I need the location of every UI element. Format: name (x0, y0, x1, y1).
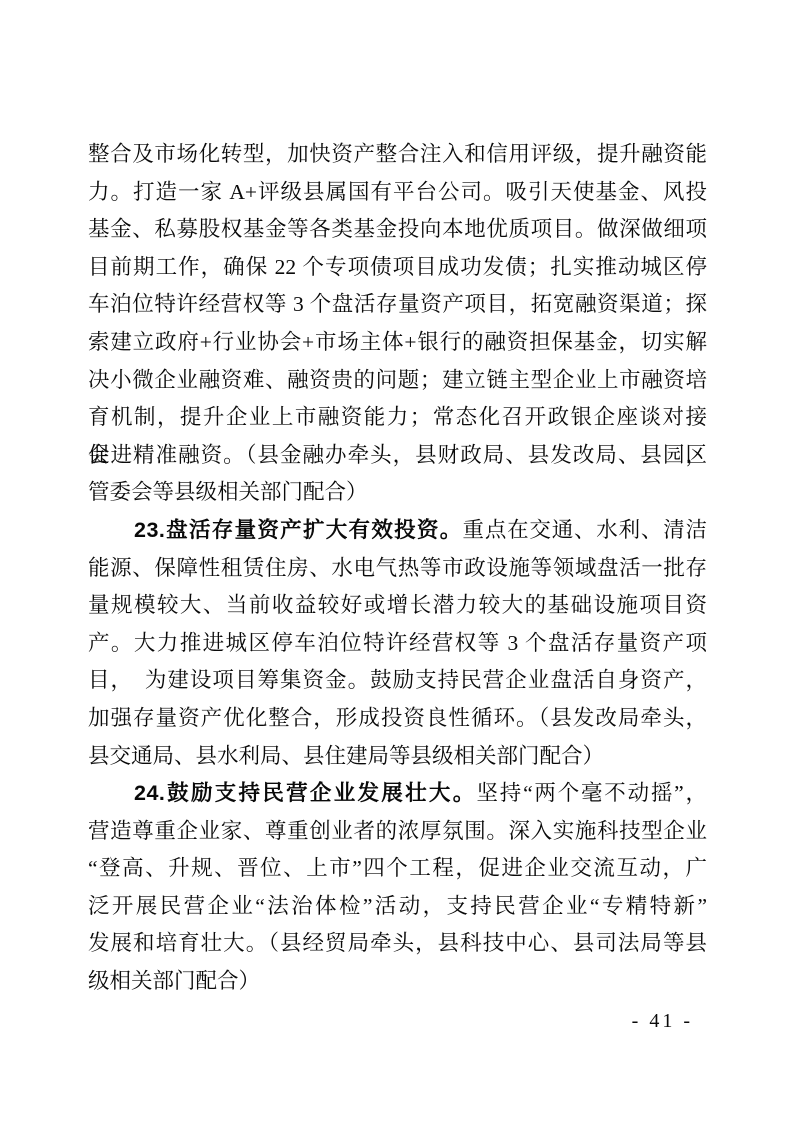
line-text: 营造尊重企业家、尊重创业者的浓厚氛围。深入实施科技型企业 (88, 819, 707, 843)
line-text: 县交通局、县水利局、县住建局等县级相关部门配合） (88, 744, 604, 768)
line-text: 促进精准融资。（县金融办牵头，县财政局、县发改局、县园区 (88, 443, 707, 467)
text-line: 决小微企业融资难、融资贵的问题；建立链主型企业上市融资培 (88, 362, 707, 400)
line-text: “登高、升规、晋位、上市”四个工程，促进企业交流互动，广 (88, 856, 707, 880)
text-line: “登高、升规、晋位、上市”四个工程，促进企业交流互动，广 (88, 850, 707, 888)
text-line: 加强存量资产优化整合，形成投资良性循环。（县发改局牵头， (88, 700, 707, 738)
text-line: 量规模较大、当前收益较好或增长潜力较大的基础设施项目资 (88, 587, 707, 625)
page-number: - 41 - (632, 1010, 693, 1033)
line-text: 目前期工作，确保 22 个专项债项目成功发债；扎实推动城区停 (88, 255, 707, 279)
line-text: 重点在交通、水利、清洁 (463, 518, 707, 542)
line-text: 基金、私募股权基金等各类基金投向本地优质项目。做深做细项 (88, 217, 707, 241)
line-text: 车泊位特许经营权等 3 个盘活存量资产项目，拓宽融资渠道；探 (88, 292, 707, 316)
text-line: 泛开展民营企业“法治体检”活动，支持民营企业“专精特新” (88, 888, 707, 926)
line-text: 索建立政府+行业协会+市场主体+银行的融资担保基金，切实解 (88, 330, 707, 354)
text-line: 营造尊重企业家、尊重创业者的浓厚氛围。深入实施科技型企业 (88, 813, 707, 851)
line-text: 力。打造一家 A+评级县属国有平台公司。吸引天使基金、风投 (88, 180, 707, 204)
text-block: 整合及市场化转型，加快资产整合注入和信用评级，提升融资能力。打造一家 A+评级县… (88, 136, 707, 1001)
text-line: 管委会等县级相关部门配合） (88, 474, 707, 512)
line-text: 目， 为建设项目筹集资金。鼓励支持民营企业盘活自身资产， (88, 668, 707, 692)
line-text: 发展和培育壮大。（县经贸局牵头，县科技中心、县司法局等县 (88, 931, 707, 955)
document-page: 整合及市场化转型，加快资产整合注入和信用评级，提升融资能力。打造一家 A+评级县… (0, 0, 793, 1122)
line-text: 坚持“两个毫不动摇”， (476, 781, 707, 805)
line-text: 量规模较大、当前收益较好或增长潜力较大的基础设施项目资 (88, 593, 707, 617)
line-text: 加强存量资产优化整合，形成投资良性循环。（县发改局牵头， (88, 706, 707, 730)
text-line: 发展和培育壮大。（县经贸局牵头，县科技中心、县司法局等县 (88, 925, 707, 963)
section-heading: 23.盘活存量资产扩大有效投资。 (134, 518, 463, 542)
text-line: 目， 为建设项目筹集资金。鼓励支持民营企业盘活自身资产， (88, 662, 707, 700)
text-line: 能源、保障性租赁住房、水电气热等市政设施等领域盘活一批存 (88, 550, 707, 588)
line-text: 级相关部门配合） (88, 969, 260, 993)
line-text: 整合及市场化转型，加快资产整合注入和信用评级，提升融资能 (88, 142, 707, 166)
text-line: 整合及市场化转型，加快资产整合注入和信用评级，提升融资能 (88, 136, 707, 174)
line-text: 产。大力推进城区停车泊位特许经营权等 3 个盘活存量资产项 (88, 631, 707, 655)
text-line: 力。打造一家 A+评级县属国有平台公司。吸引天使基金、风投 (88, 174, 707, 212)
line-text: 泛开展民营企业“法治体检”活动，支持民营企业“专精特新” (88, 894, 707, 918)
text-line: 级相关部门配合） (88, 963, 707, 1001)
line-text: 决小微企业融资难、融资贵的问题；建立链主型企业上市融资培 (88, 368, 707, 392)
text-line: 23.盘活存量资产扩大有效投资。重点在交通、水利、清洁 (88, 512, 707, 550)
text-line: 产。大力推进城区停车泊位特许经营权等 3 个盘活存量资产项 (88, 625, 707, 663)
line-text: 管委会等县级相关部门配合） (88, 480, 368, 504)
text-line: 育机制，提升企业上市融资能力；常态化召开政银企座谈对接会， (88, 399, 707, 437)
text-line: 促进精准融资。（县金融办牵头，县财政局、县发改局、县园区 (88, 437, 707, 475)
text-line: 县交通局、县水利局、县住建局等县级相关部门配合） (88, 738, 707, 776)
line-text: 能源、保障性租赁住房、水电气热等市政设施等领域盘活一批存 (88, 556, 707, 580)
text-line: 目前期工作，确保 22 个专项债项目成功发债；扎实推动城区停 (88, 249, 707, 287)
text-line: 车泊位特许经营权等 3 个盘活存量资产项目，拓宽融资渠道；探 (88, 286, 707, 324)
section-heading: 24.鼓励支持民营企业发展壮大。 (134, 781, 476, 805)
text-line: 索建立政府+行业协会+市场主体+银行的融资担保基金，切实解 (88, 324, 707, 362)
text-line: 24.鼓励支持民营企业发展壮大。坚持“两个毫不动摇”， (88, 775, 707, 813)
text-line: 基金、私募股权基金等各类基金投向本地优质项目。做深做细项 (88, 211, 707, 249)
